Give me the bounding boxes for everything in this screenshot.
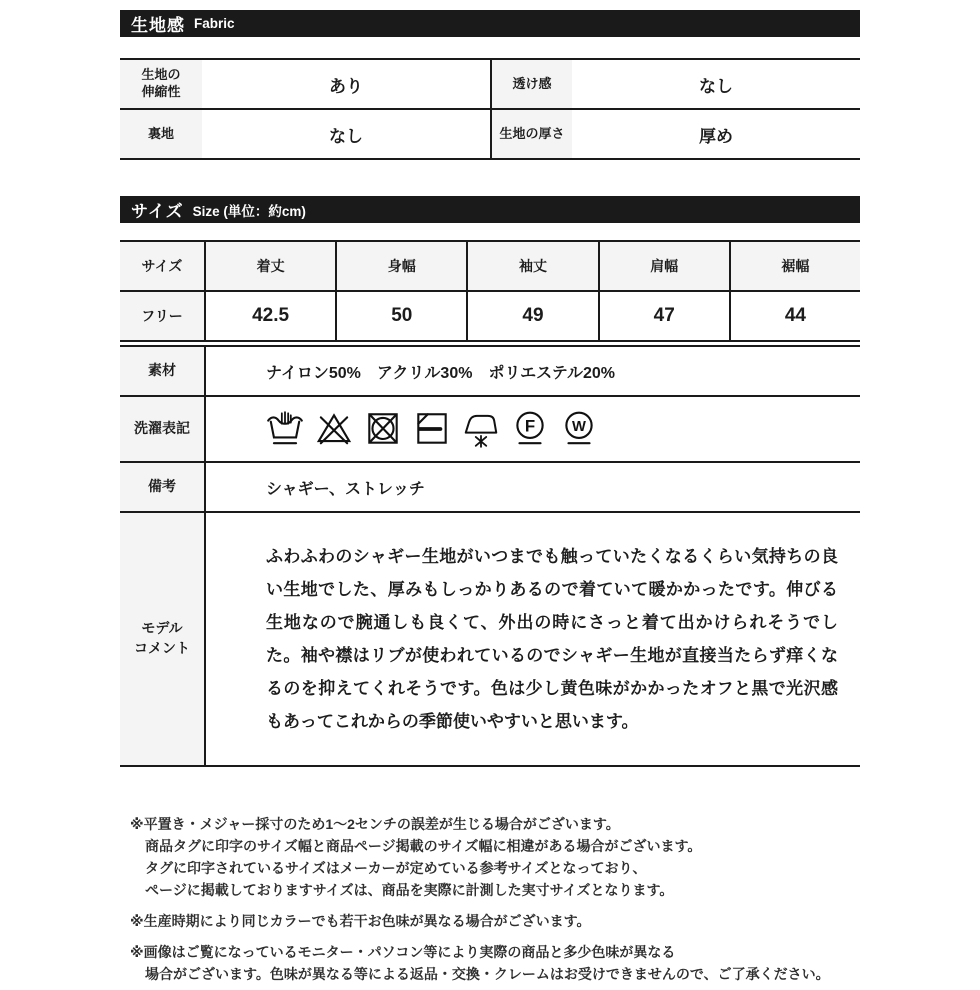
product-spec-page: 生地感 Fabric 生地の 伸縮性 あり 透け感 なし 裏地 なし 生地の厚さ… <box>120 10 860 985</box>
size-value-sleeve: 49 <box>466 292 597 340</box>
fabric-thickness-value: 厚め <box>572 110 860 158</box>
footnote-line: ※画像はご覧になっているモニター・パソコン等により実際の商品と多少色味が異なる <box>130 941 860 963</box>
size-col-sleeve: 袖丈 <box>466 242 597 290</box>
fabric-stretch-value: あり <box>202 60 490 108</box>
care-symbols: F W <box>204 397 860 461</box>
fabric-section-header: 生地感 Fabric <box>120 10 860 37</box>
flat-dry-in-shade-icon <box>413 409 451 449</box>
footnote-monitor: ※画像はご覧になっているモニター・パソコン等により実際の商品と多少色味が異なる … <box>130 941 860 985</box>
fabric-section-title: 生地感 <box>131 11 185 36</box>
fabric-lining-label: 裏地 <box>120 110 202 158</box>
do-not-bleach-icon <box>315 409 353 449</box>
footnote-line: タグに印字されているサイズはメーカーが定めている参考サイズとなっており、 <box>130 857 860 879</box>
size-col-shoulder: 肩幅 <box>598 242 729 290</box>
size-table-header-row: サイズ 着丈 身幅 袖丈 肩幅 裾幅 <box>120 242 860 290</box>
footnote-measurement: ※平置き・メジャー採寸のため1〜2センチの誤差が生じる場合がございます。 商品タ… <box>130 813 860 901</box>
care-row: 洗濯表記 <box>120 395 860 461</box>
remarks-row: 備考 シャギー、ストレッチ <box>120 461 860 511</box>
footnote-line: 場合がございます。色味が異なる等による返品・交換・クレームはお受けできませんので… <box>130 963 860 985</box>
fabric-table-row: 裏地 なし 生地の厚さ 厚め <box>120 108 860 158</box>
size-col-length: 着丈 <box>204 242 335 290</box>
do-not-tumble-dry-icon <box>364 409 402 449</box>
size-row-label: フリー <box>120 292 204 340</box>
wet-clean-w-gentle-icon: W <box>560 409 598 449</box>
size-section-header: サイズ Size (単位：約cm) <box>120 196 860 223</box>
size-col-hem: 裾幅 <box>729 242 860 290</box>
footnote-line: ※生産時期により同じカラーでも若干お色味が異なる場合がございます。 <box>130 910 860 932</box>
size-col-width: 身幅 <box>335 242 466 290</box>
size-table-row-free: フリー 42.5 50 49 47 44 <box>120 290 860 340</box>
fabric-thickness-label: 生地の厚さ <box>490 110 572 158</box>
details-table: 素材 ナイロン50% アクリル30% ポリエステル20% 洗濯表記 <box>120 345 860 767</box>
model-comment-label: モデル コメント <box>120 513 204 765</box>
size-value-hem: 44 <box>729 292 860 340</box>
fabric-sheerness-label: 透け感 <box>490 60 572 108</box>
fabric-lining-value: なし <box>202 110 490 158</box>
iron-no-steam-icon <box>462 409 500 449</box>
care-icon-group: F W <box>266 409 598 449</box>
footnote-line: 商品タグに印字のサイズ幅と商品ページ掲載のサイズ幅に相違がある場合がございます。 <box>130 835 860 857</box>
material-row: 素材 ナイロン50% アクリル30% ポリエステル20% <box>120 347 860 395</box>
dry-clean-f-gentle-icon: F <box>511 409 549 449</box>
footnote-line: ページに掲載しておりますサイズは、商品を実際に計測した実寸サイズとなります。 <box>130 879 860 901</box>
size-table: サイズ 着丈 身幅 袖丈 肩幅 裾幅 フリー 42.5 50 49 47 44 <box>120 240 860 342</box>
fabric-stretch-label: 生地の 伸縮性 <box>120 60 202 108</box>
footnote-line: ※平置き・メジャー採寸のため1〜2センチの誤差が生じる場合がございます。 <box>130 813 860 835</box>
size-value-length: 42.5 <box>204 292 335 340</box>
svg-text:W: W <box>572 419 586 435</box>
size-value-width: 50 <box>335 292 466 340</box>
care-label: 洗濯表記 <box>120 397 204 461</box>
fabric-sheerness-value: なし <box>572 60 860 108</box>
footnotes: ※平置き・メジャー採寸のため1〜2センチの誤差が生じる場合がございます。 商品タ… <box>120 813 860 985</box>
remarks-value: シャギー、ストレッチ <box>204 463 860 511</box>
size-col-size: サイズ <box>120 242 204 290</box>
size-value-shoulder: 47 <box>598 292 729 340</box>
footnote-production: ※生産時期により同じカラーでも若干お色味が異なる場合がございます。 <box>130 910 860 932</box>
hand-wash-icon <box>266 409 304 449</box>
size-section-subtitle: Size (単位：約cm) <box>193 200 306 220</box>
svg-text:F: F <box>525 417 535 436</box>
model-comment-text: ふわふわのシャギー生地がいつまでも触っていたくなるくらい気持ちの良い生地でした、… <box>204 513 860 765</box>
model-comment-row: モデル コメント ふわふわのシャギー生地がいつまでも触っていたくなるくらい気持ち… <box>120 511 860 765</box>
size-section-title: サイズ <box>131 197 184 222</box>
material-value: ナイロン50% アクリル30% ポリエステル20% <box>204 347 860 395</box>
material-label: 素材 <box>120 347 204 395</box>
fabric-table: 生地の 伸縮性 あり 透け感 なし 裏地 なし 生地の厚さ 厚め <box>120 58 860 160</box>
fabric-table-row: 生地の 伸縮性 あり 透け感 なし <box>120 60 860 108</box>
fabric-section-subtitle: Fabric <box>194 16 235 31</box>
remarks-label: 備考 <box>120 463 204 511</box>
